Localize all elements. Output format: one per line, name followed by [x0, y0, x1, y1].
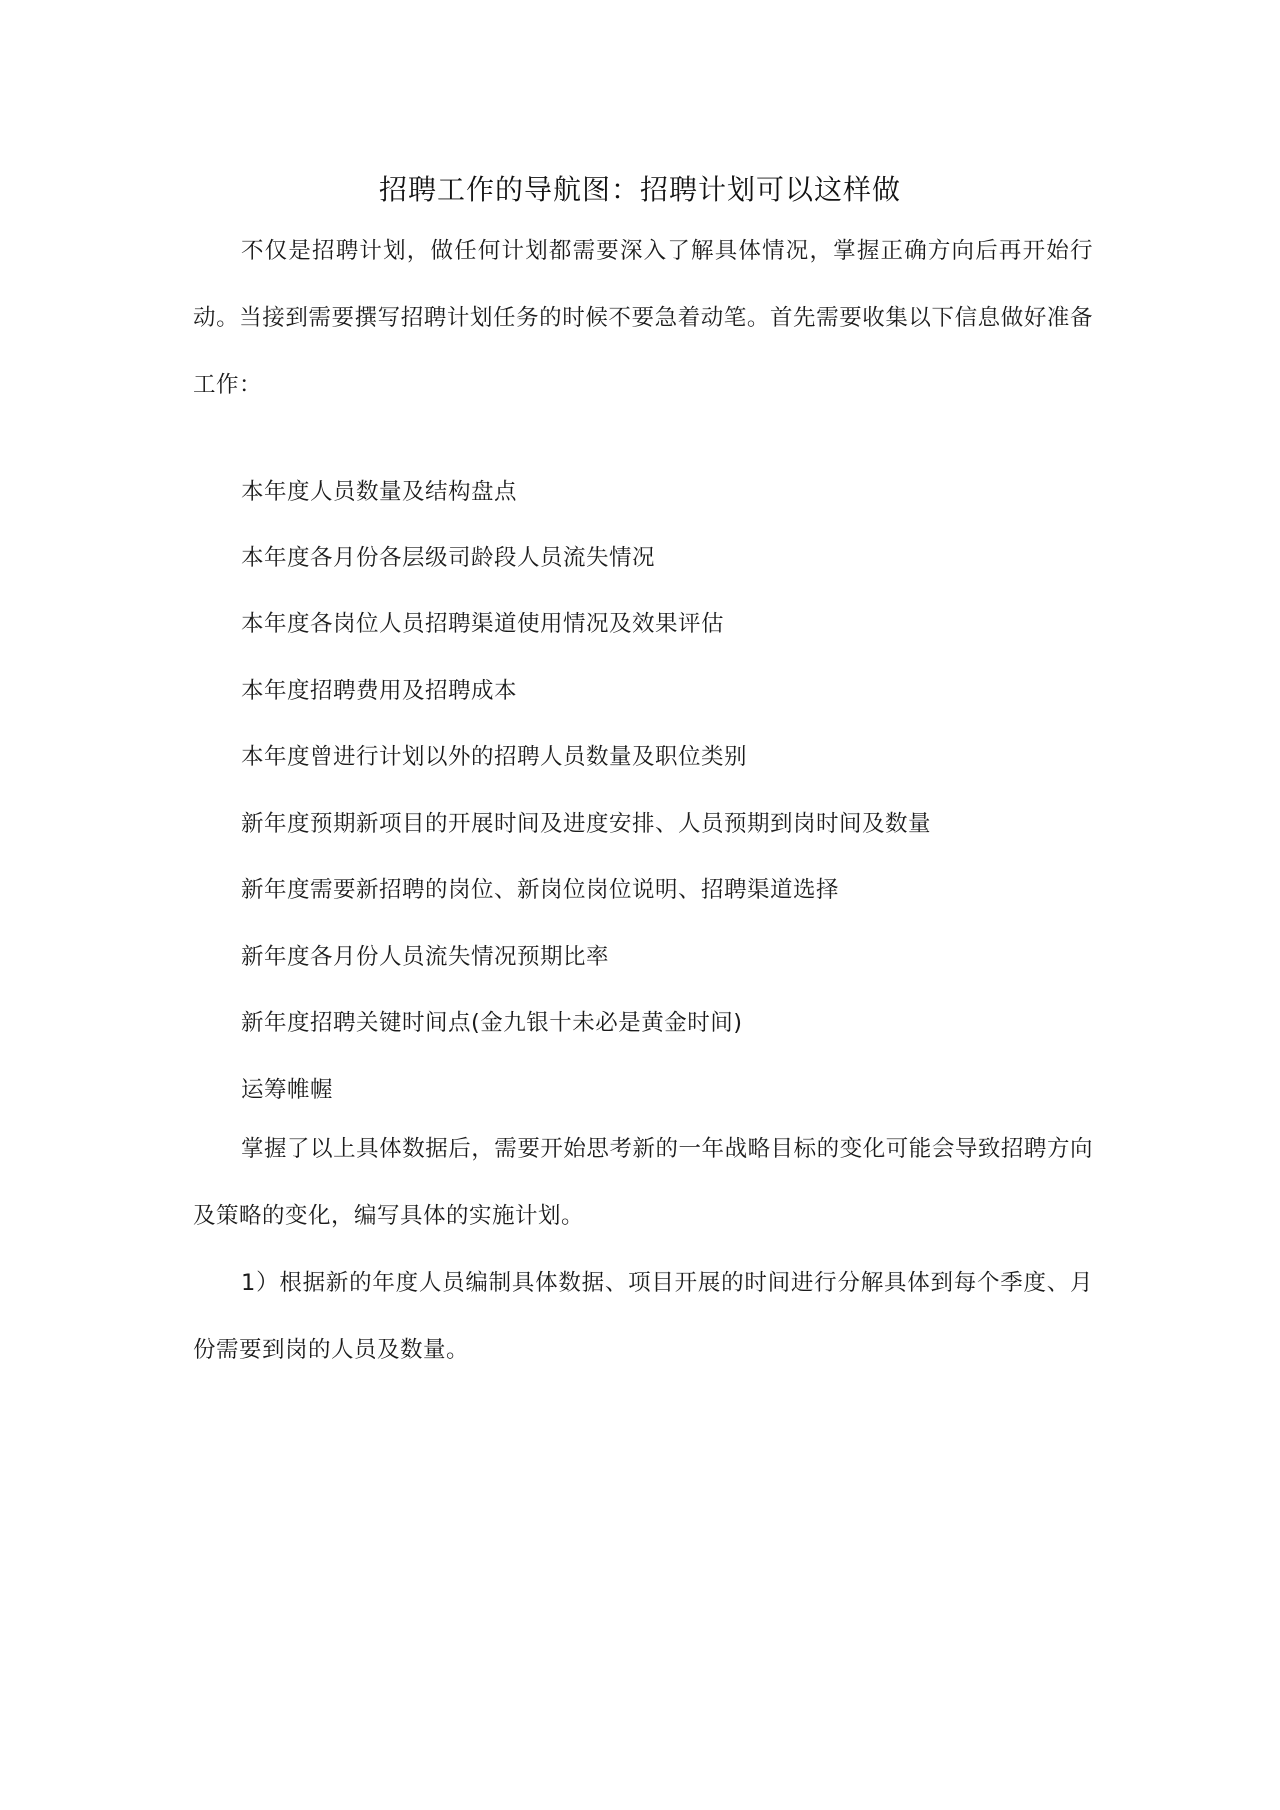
- prep-list-item: 新年度需要新招聘的岗位、新岗位岗位说明、招聘渠道选择: [241, 870, 839, 910]
- prep-list-item: 本年度招聘费用及招聘成本: [241, 671, 517, 711]
- prep-list-item: 新年度招聘关键时间点(金九银十未必是黄金时间): [241, 1003, 743, 1043]
- prep-list-item: 新年度预期新项目的开展时间及进度安排、人员预期到岗时间及数量: [241, 804, 931, 844]
- strategy-paragraph: 掌握了以上具体数据后，需要开始思考新的一年战略目标的变化可能会导致招聘方向及策略…: [193, 1116, 1093, 1250]
- step-1-paragraph: 1）根据新的年度人员编制具体数据、项目开展的时间进行分解具体到每个季度、月份需要…: [193, 1250, 1093, 1384]
- prep-list-item: 运筹帷幄: [241, 1070, 333, 1110]
- prep-list-item: 本年度各岗位人员招聘渠道使用情况及效果评估: [241, 604, 724, 644]
- document-page: 招聘工作的导航图：招聘计划可以这样做 不仅是招聘计划，做任何计划都需要深入了解具…: [0, 0, 1280, 1810]
- prep-list-item: 本年度曾进行计划以外的招聘人员数量及职位类别: [241, 737, 747, 777]
- intro-paragraph: 不仅是招聘计划，做任何计划都需要深入了解具体情况，掌握正确方向后再开始行动。当接…: [193, 218, 1093, 419]
- document-title: 招聘工作的导航图：招聘计划可以这样做: [0, 170, 1280, 210]
- prep-list-item: 本年度人员数量及结构盘点: [241, 472, 517, 512]
- prep-list-item: 新年度各月份人员流失情况预期比率: [241, 937, 609, 977]
- prep-list-item: 本年度各月份各层级司龄段人员流失情况: [241, 538, 655, 578]
